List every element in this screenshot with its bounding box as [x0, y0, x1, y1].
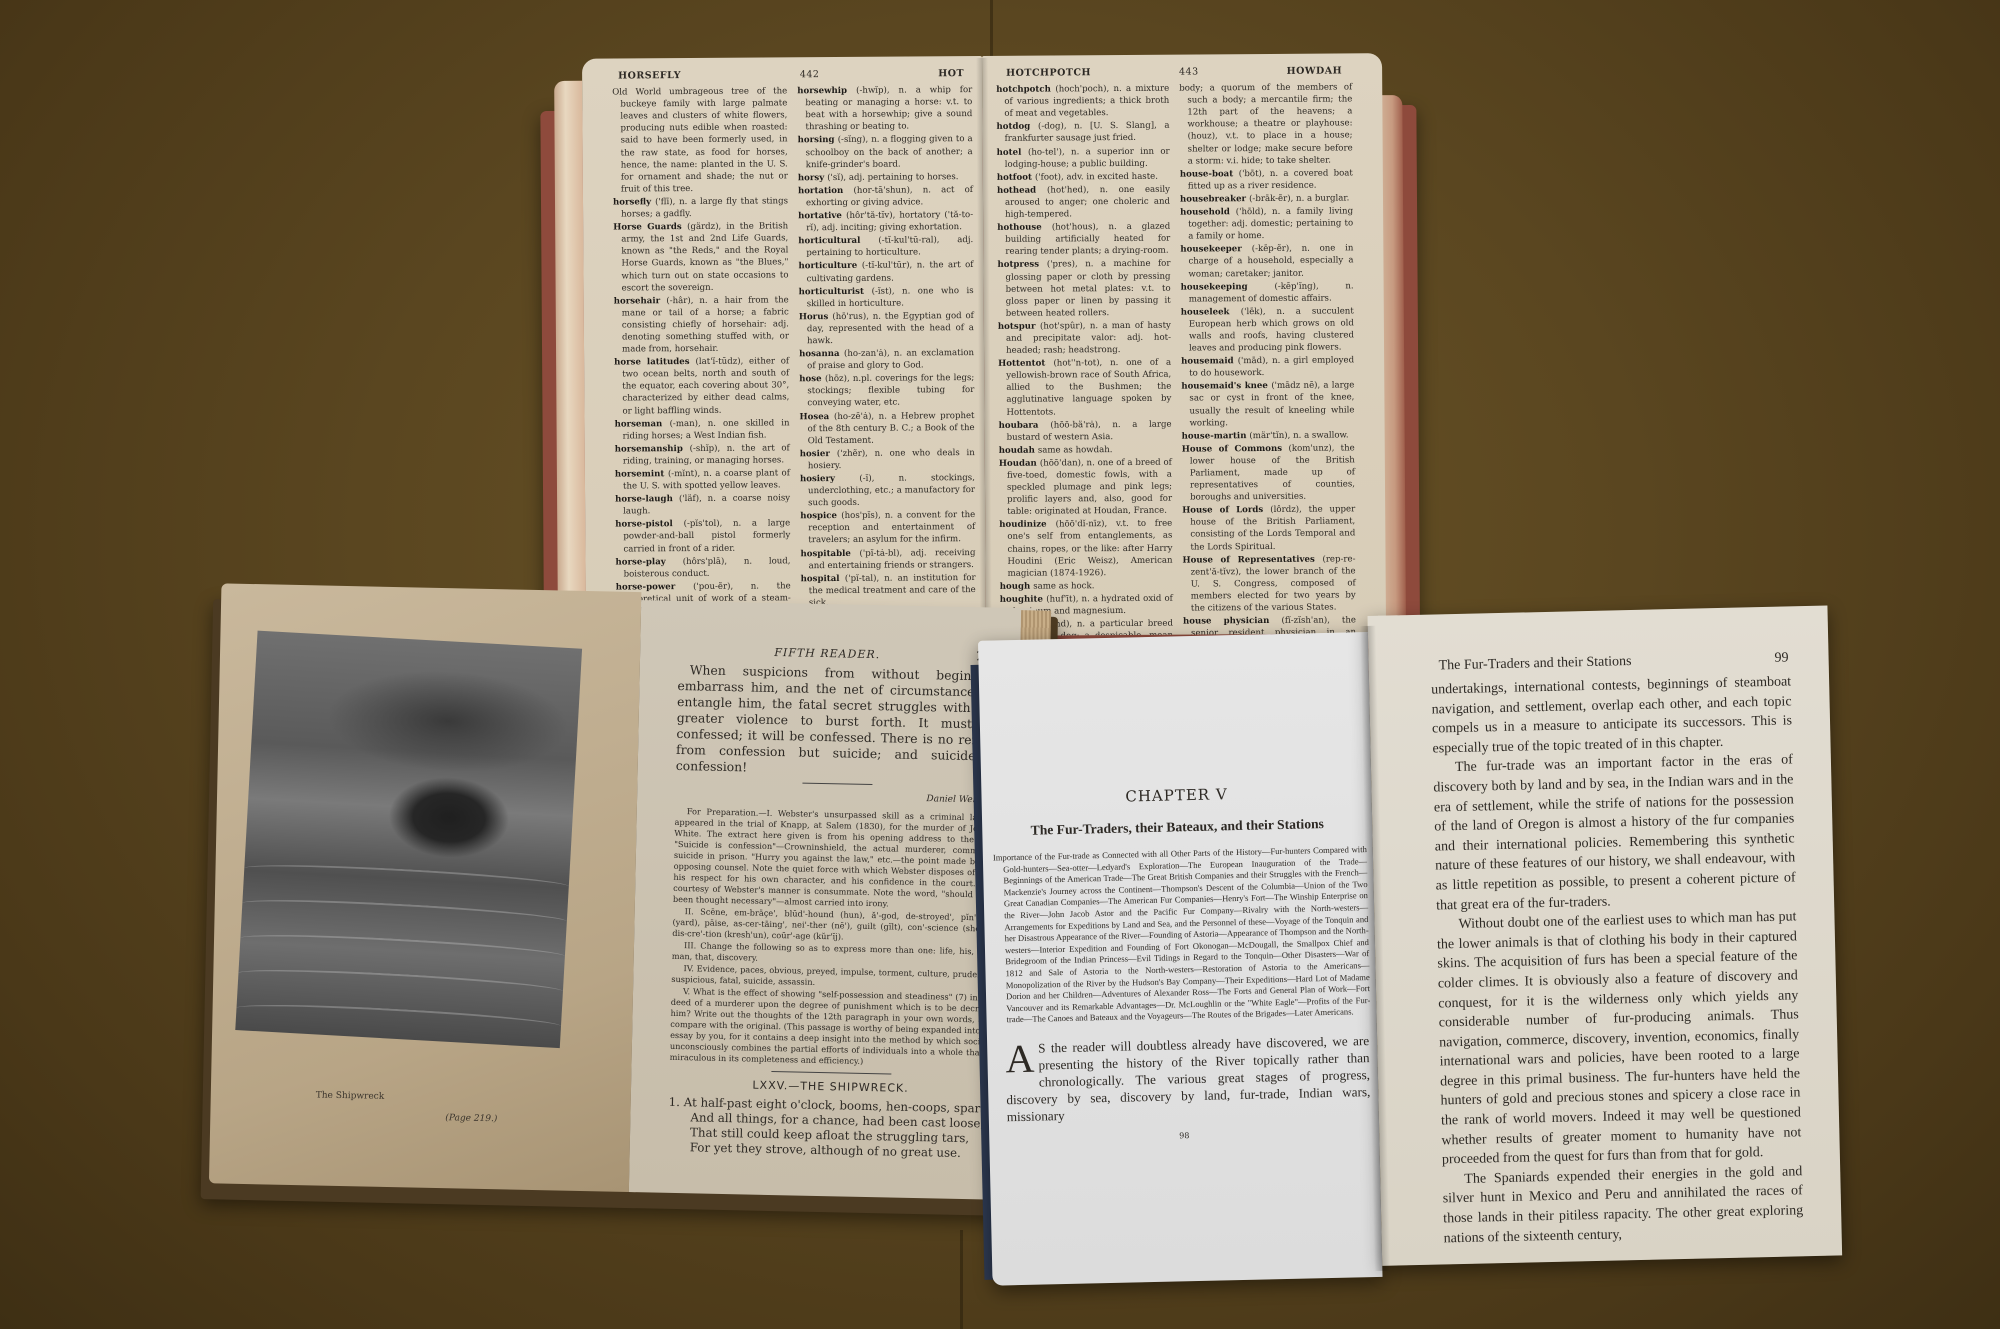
lesson-title: LXXV.—THE SHIPWRECK. — [669, 1076, 992, 1098]
headword: Hottentot — [998, 359, 1053, 369]
dictionary-entry: hotfoot ('foot), adv. in excited haste. — [997, 170, 1170, 183]
headword: horsemanship — [615, 444, 690, 455]
dictionary-entry: houseleek ('lēk), n. a succulent Europea… — [1181, 305, 1354, 355]
dictionary-entry: hothouse (hot'hous), n. a glazed buildin… — [997, 221, 1170, 258]
dictionary-entry: housekeeper (-kēp-ẽr), n. one in charge … — [1180, 243, 1353, 280]
dictionary-page-443: HOTCHPOTCH 443 HOWDAH hotchpotch (hoch'p… — [982, 53, 1386, 636]
headword: horsing — [798, 135, 838, 145]
dictionary-column: horsewhip (-hwĭp), n. a whip for beating… — [797, 84, 979, 639]
dictionary-column: body; a quorum of the members of such a … — [1179, 81, 1359, 635]
dictionary-book: HORSEFLY 442 HOT Old World umbrageous tr… — [546, 45, 1410, 641]
headword: horse-play — [615, 557, 682, 567]
dictionary-entry: hose (hōz), n.pl. coverings for the legs… — [799, 372, 974, 410]
dictionary-entry: house-boat ('bōt), n. a covered boat fit… — [1180, 167, 1353, 192]
headword: horse-power — [616, 582, 693, 593]
page-number: 99 — [1774, 650, 1788, 666]
dictionary-entry: Horus (hō'rus), n. the Egyptian god of d… — [799, 310, 974, 348]
chapter-summary: Importance of the Fur-trade as Connected… — [983, 844, 1377, 1027]
dictionary-entry: horse-laugh ('läf), n. a coarse noisy la… — [615, 493, 790, 518]
headword: hough — [1000, 581, 1034, 591]
headword: Horus — [799, 312, 833, 322]
headword: housekeeper — [1180, 244, 1251, 254]
headword: Houdan — [999, 458, 1040, 468]
headword: hospital — [801, 574, 845, 584]
body-paragraph: The Spaniards expended their energies in… — [1442, 1162, 1804, 1249]
dictionary-entry: hotspur (hot'spûr), n. a man of hasty an… — [998, 320, 1171, 357]
headword: horsefly — [613, 197, 655, 207]
dictionary-entry: Hottentot (hot''n-tot), n. one of a yell… — [998, 357, 1171, 419]
dictionary-entry: House of Lords (lôrdz), the upper house … — [1182, 504, 1355, 554]
page-number: 443 — [1179, 66, 1199, 78]
headword: hose — [799, 374, 825, 384]
dictionary-entry: hotchpotch (hoch'poch), n. a mixture of … — [996, 83, 1169, 120]
chapter-opening: A S the reader will doubtless already ha… — [987, 1018, 1379, 1126]
dictionary-entry: household ('hōld), n. a family living to… — [1180, 205, 1353, 242]
dictionary-running-head: HOTCHPOTCH 443 HOWDAH — [982, 53, 1382, 84]
dictionary-entry: hospitable ('pĭ-tȧ-bl), adj. receiving a… — [800, 547, 975, 572]
headword: houbara — [999, 420, 1051, 430]
dictionary-entry: horticultural (-tĭ-kul'tū-ral), adj. per… — [798, 234, 973, 259]
running-title: The Fur-Traders and their Stations — [1439, 654, 1632, 674]
headword: hortative — [798, 211, 846, 221]
headword: houdah — [999, 445, 1038, 455]
headword: horse latitudes — [614, 357, 695, 368]
dictionary-entry: horse-play (hôrs'plā), n. loud, boistero… — [615, 555, 790, 580]
dictionary-entry: hosanna (ho-zan'ȧ), n. an exclamation of… — [799, 347, 974, 372]
body-text: undertakings, international contests, be… — [1369, 672, 1842, 1251]
dictionary-entry: horseman (-man), n. one skilled in ridin… — [615, 417, 790, 442]
headword: horsehair — [614, 296, 667, 306]
headword: hotel — [997, 147, 1028, 157]
dictionary-entry: hotel (ho-tel'), n. a superior inn or lo… — [997, 145, 1170, 170]
headword: house-martin — [1182, 431, 1250, 441]
headword: house-boat — [1180, 169, 1239, 179]
headword: hothead — [997, 185, 1047, 195]
headword: horticulturist — [799, 286, 872, 297]
dictionary-entry: houdah same as howdah. — [999, 443, 1172, 456]
dictionary-entry: hotdog (-dog), n. [U. S. Slang], a frank… — [996, 120, 1169, 145]
dictionary-entry: House of Representatives (rep-re-zent'ă-… — [1182, 553, 1355, 615]
guide-word: HOT — [938, 68, 964, 80]
note-paragraph: For Preparation.—I. Webster's unsurpasse… — [673, 806, 998, 912]
headword: household — [1180, 207, 1236, 217]
dictionary-entry: horsing (-sĭng), n. a flogging given to … — [798, 134, 973, 172]
fur-page-98: CHAPTER V The Fur-Traders, their Bateaux… — [978, 632, 1383, 1286]
table-seam — [960, 1230, 963, 1329]
headword: houdinize — [999, 520, 1055, 530]
chapter-title: The Fur-Traders, their Bateaux, and thei… — [1004, 814, 1350, 840]
headword: housemaid — [1181, 356, 1238, 366]
headword: horticultural — [798, 236, 878, 247]
guide-word: HORSEFLY — [618, 70, 681, 83]
headword: housemaid's knee — [1181, 381, 1271, 392]
headword: House of Commons — [1182, 444, 1289, 455]
dictionary-entry: hospice (hos'pĭs), n. a convent for the … — [800, 509, 975, 547]
fur-page-99: The Fur-Traders and their Stations 99 un… — [1368, 606, 1843, 1266]
dictionary-entry: housemaid ('mād), n. a girl employed to … — [1181, 355, 1354, 380]
headword: horsewhip — [797, 86, 856, 96]
shipwreck-engraving — [235, 631, 582, 1049]
dictionary-entry: hosiery (-ĭ), n. stockings, underclothin… — [800, 472, 975, 510]
headword: horticulture — [798, 261, 861, 271]
dictionary-entry: hortative (hôr'tă-tĭv), hortatory ('tă-t… — [798, 209, 973, 234]
dictionary-entry: body; a quorum of the members of such a … — [1179, 81, 1353, 167]
headword: House of Lords — [1182, 505, 1270, 516]
headword: House of Representatives — [1182, 554, 1322, 565]
fur-traders-book: CHAPTER V The Fur-Traders, their Bateaux… — [978, 605, 1853, 1284]
headword: hosanna — [799, 349, 844, 359]
body-paragraph: The fur-trade was an important factor in… — [1433, 751, 1796, 916]
dictionary-entry: hosier ('zhẽr), n. one who deals in hosi… — [800, 447, 975, 472]
dictionary-entry: house-martin (mär'tĭn), n. a swallow. — [1182, 429, 1355, 442]
dictionary-entry: houbara (hōō-bä'rȧ), n. a large bustard … — [999, 418, 1172, 443]
dictionary-entry: horticulturist (-ĭst), n. one who is ski… — [799, 285, 974, 310]
dictionary-page-edges-left — [554, 81, 586, 641]
body-paragraph: Without doubt one of the earliest uses t… — [1436, 907, 1802, 1170]
headword: horsy — [798, 173, 827, 183]
dictionary-entry: Horse Guards (gärdz), in the British arm… — [613, 220, 789, 294]
headword: hospitable — [800, 548, 859, 558]
dictionary-entry: Hosea (ho-zē'ȧ), n. a Hebrew prophet of … — [799, 410, 974, 448]
dictionary-page-442: HORSEFLY 442 HOT Old World umbrageous tr… — [582, 56, 986, 639]
headword: horseman — [615, 419, 670, 429]
headword: hosiery — [800, 474, 860, 484]
plate-caption: The Shipwreck — [316, 1090, 385, 1101]
dictionary-entry: horsefly ('flī), n. a large fly that sti… — [613, 195, 788, 220]
headword: hotspur — [998, 321, 1040, 331]
headword: Horse Guards — [613, 222, 687, 233]
headword: hotfoot — [997, 172, 1035, 182]
headword: housekeeping — [1181, 282, 1275, 293]
headword: hotchpotch — [996, 85, 1055, 95]
divider — [802, 783, 872, 785]
headword: horsemint — [615, 469, 668, 479]
folio: 98 — [989, 1127, 1379, 1145]
preparation-notes: For Preparation.—I. Webster's unsurpasse… — [670, 806, 998, 1070]
headword: horse-laugh — [615, 494, 679, 504]
dictionary-entry: housebreaker (-brāk-ẽr), n. a burglar. — [1180, 192, 1353, 205]
divider — [771, 1071, 891, 1075]
dictionary-column: Old World umbrageous tree of the buckeye… — [612, 85, 794, 638]
dictionary-entry: horsehair (-hâr), n. a hair from the man… — [614, 294, 789, 356]
dictionary-entry: horticulture (-tĭ-kul'tūr), n. the art o… — [798, 259, 973, 284]
plate-page-ref: (Page 219.) — [445, 1113, 497, 1124]
quote-attribution: Daniel Webster. — [675, 787, 998, 809]
opening-text: S the reader will doubtless already have… — [1006, 1033, 1370, 1124]
dictionary-entry: housemaid's knee ('mādz nē), a large sac… — [1181, 380, 1354, 430]
dictionary-entry: House of Commons (kom'unz), the lower ho… — [1182, 442, 1355, 504]
dictionary-running-head: HORSEFLY 442 HOT — [582, 56, 982, 87]
fur-running-head: The Fur-Traders and their Stations 99 — [1368, 606, 1829, 682]
note-paragraph: II. Scēne, em-brāçe', blūd'-hound (hun),… — [672, 906, 996, 946]
dictionary-entry: houdinize (hōō'dĭ-nīz), v.t. to free one… — [999, 518, 1172, 580]
webster-quote: When suspicions from without begin to em… — [676, 662, 1001, 781]
headword: hosier — [800, 449, 837, 459]
fifth-reader-book: The Shipwreck (Page 219.) FIFTH READER. … — [209, 583, 1052, 1212]
dictionary-entry: horsewhip (-hwĭp), n. a whip for beating… — [797, 84, 972, 134]
dictionary-entry: hotpress ('pres), n. a machine for gloss… — [997, 258, 1170, 320]
poem-stanza: 1. At half-past eight o'clock, booms, he… — [668, 1095, 992, 1162]
dictionary-entry: hough same as hock. — [1000, 579, 1173, 592]
dictionary-entry: horsy ('sĭ), adj. pertaining to horses. — [798, 171, 973, 184]
guide-word: HOWDAH — [1287, 65, 1343, 77]
headword: housebreaker — [1180, 194, 1249, 204]
dictionary-entry: Houdan (hōō'dan), n. one of a breed of f… — [999, 457, 1172, 519]
headword: hothouse — [997, 223, 1052, 233]
dictionary-entry: housekeeping (-kēp'ĭng), n. management o… — [1181, 280, 1354, 305]
dictionary-entry: horsemanship (-shĭp), n. the art of ridi… — [615, 442, 790, 467]
headword: Hosea — [799, 412, 834, 422]
dictionary-entry: hothead (hot'hed), n. one easily aroused… — [997, 184, 1170, 221]
reader-plate-page: The Shipwreck (Page 219.) — [209, 583, 641, 1192]
drop-cap: A — [1005, 1042, 1035, 1077]
headword: horse-pistol — [615, 519, 683, 529]
headword: hotdog — [996, 122, 1038, 132]
reader-running-head: FIFTH READER. 219 — [678, 643, 1001, 665]
chapter-label: CHAPTER V — [981, 782, 1371, 809]
dictionary-entry: horse-pistol (-pĭs'tol), n. a large powd… — [615, 518, 790, 556]
note-paragraph: V. What is the effect of showing "self-p… — [670, 986, 995, 1070]
dictionary-column: hotchpotch (hoch'poch), n. a mixture of … — [996, 83, 1176, 636]
running-title: FIFTH READER. — [774, 645, 880, 662]
body-paragraph: undertakings, international contests, be… — [1431, 672, 1793, 759]
dictionary-entry: horsemint (-mĭnt), n. a coarse plant of … — [615, 467, 790, 492]
dictionary-entry: Old World umbrageous tree of the buckeye… — [612, 85, 788, 195]
headword: hotpress — [997, 260, 1046, 270]
dictionary-entry: horse latitudes (lat'ĭ-tūdz), either of … — [614, 355, 789, 417]
headword: houseleek — [1181, 307, 1241, 317]
headword: hortation — [798, 186, 854, 196]
guide-word: HOTCHPOTCH — [1006, 67, 1091, 80]
dictionary-entry: hortation (hor-tā'shun), n. act of exhor… — [798, 184, 973, 209]
headword: hospice — [800, 511, 841, 521]
page-number: 442 — [800, 69, 820, 81]
